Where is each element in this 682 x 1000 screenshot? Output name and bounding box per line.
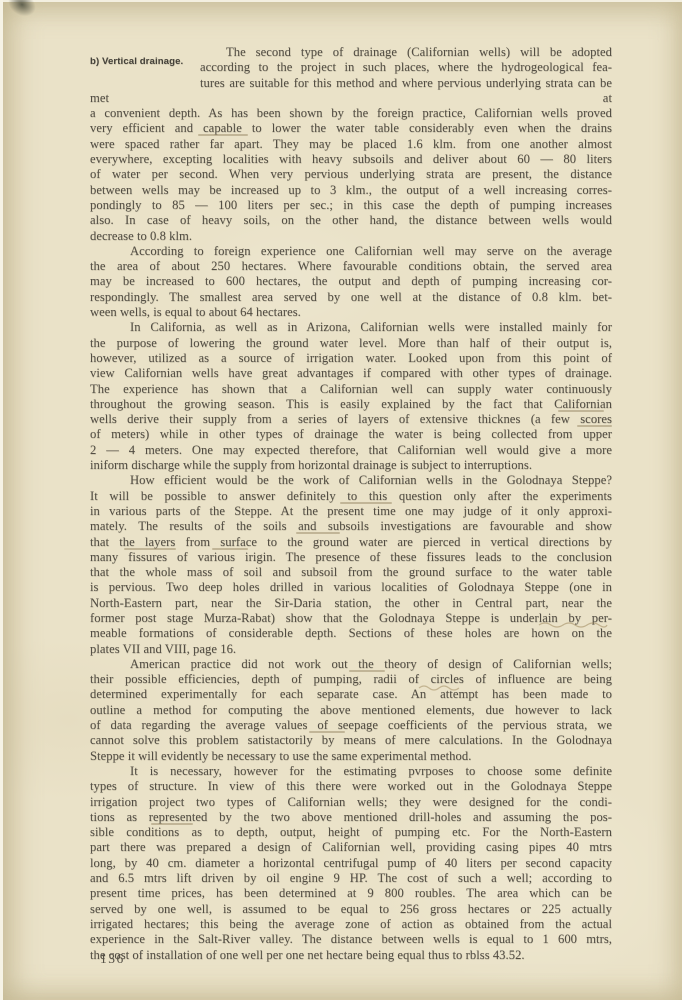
text-line: meable formations of considerable depth.… bbox=[90, 626, 612, 641]
text-line: Steppe it will evidently be necessary to… bbox=[90, 749, 612, 764]
text-line: also. In case of heavy soils, on the oth… bbox=[90, 213, 612, 228]
paragraph: American practice did not work out the t… bbox=[90, 657, 612, 764]
pencil-underline-far-apart bbox=[198, 134, 248, 136]
text-line: the area of about 250 hectares. Where fa… bbox=[90, 259, 612, 274]
margin-note: b) Vertical drainage. bbox=[90, 45, 200, 76]
text-line: and 6.5 mtrs lift driven by oil engine 9… bbox=[90, 871, 612, 886]
pencil-underline-irigin bbox=[212, 548, 248, 550]
text-line: In California, as well as in Arizona, Ca… bbox=[90, 320, 612, 335]
text-line: their possible efficiencies, depth of pu… bbox=[90, 672, 612, 687]
text-line: is pervious. Two deep holes drilled in v… bbox=[90, 580, 612, 595]
text-line: sible conditions as to depth, output, he… bbox=[90, 825, 612, 840]
page-body: b) Vertical drainage.The second type of … bbox=[90, 45, 612, 963]
paragraph: It is necessary, however for the estimat… bbox=[90, 764, 612, 963]
text-line: of meters) while in other types of drain… bbox=[90, 427, 612, 442]
text-line: North-Eastern part, near the Sir-Daria s… bbox=[90, 596, 612, 611]
page-number: 136 bbox=[100, 951, 125, 967]
pencil-underline-pierced bbox=[296, 532, 340, 534]
text-line: many fissures of various irigin. The pre… bbox=[90, 550, 612, 565]
text-line: the purpose of lowering the ground water… bbox=[90, 336, 612, 351]
text-line: respondingly. The smallest area served b… bbox=[90, 290, 612, 305]
pencil-squiggle-case bbox=[418, 683, 460, 691]
text-line: pondingly to 85 — 100 liters per sec.; i… bbox=[90, 198, 612, 213]
text-line: in various parts of the Steppe. At the p… bbox=[90, 504, 612, 519]
text-line: It is necessary, however for the estimat… bbox=[90, 764, 612, 779]
text-line: The experience has shown that a Californ… bbox=[90, 382, 612, 397]
text-line: wells derive their supply from a series … bbox=[90, 412, 612, 427]
text-line: the cost of installation of one well per… bbox=[90, 948, 612, 963]
text-line: irrigation project two types of Californ… bbox=[90, 795, 612, 810]
pencil-underline-mere bbox=[309, 731, 345, 733]
text-line: experience in the Salt-River valley. The… bbox=[90, 932, 612, 947]
text-line: very efficient and capable to lower the … bbox=[90, 121, 612, 136]
paragraph: b) Vertical drainage.The second type of … bbox=[90, 45, 612, 244]
pencil-underline-radii bbox=[349, 670, 385, 672]
text-line: determined experimentally for each separ… bbox=[90, 687, 612, 702]
text-line: part there was prepared a design of Cali… bbox=[90, 840, 612, 855]
text-line: former post stage Murza-Rabat) show that… bbox=[90, 611, 612, 626]
paragraph: According to foreign experience one Cali… bbox=[90, 244, 612, 320]
text-line: however, utilized as a source of irrigat… bbox=[90, 351, 612, 366]
text-line: that the whole mass of soil and subsoil … bbox=[90, 565, 612, 580]
text-line: According to foreign experience one Cali… bbox=[90, 244, 612, 259]
text-line: were spaced rather far apart. They may b… bbox=[90, 137, 612, 152]
text-line: How efficient would be the work of Calif… bbox=[90, 473, 612, 488]
text-line: ween wells, is equal to about 64 hectare… bbox=[90, 305, 612, 320]
text-line: a convenient depth. As has been shown by… bbox=[90, 106, 612, 121]
text-line: mately. The results of the soils and sub… bbox=[90, 519, 612, 534]
text-line: of water per second. When very pervious … bbox=[90, 167, 612, 182]
text-line: may be increased to 600 hectares, the ou… bbox=[90, 274, 612, 289]
text-line: 2 — 4 meters. One may expected therefore… bbox=[90, 443, 612, 458]
text-line: view Californian wells have great advant… bbox=[90, 366, 612, 381]
text-line: tures are suitable for this method and w… bbox=[90, 76, 612, 107]
text-line: between wells may be increased up to 3 k… bbox=[90, 183, 612, 198]
pencil-underline-upper bbox=[577, 425, 612, 427]
scanned-page: b) Vertical drainage.The second type of … bbox=[0, 0, 682, 1000]
text-line: served by one well, is assumed to be equ… bbox=[90, 902, 612, 917]
paragraph: How efficient would be the work of Calif… bbox=[90, 473, 612, 657]
paragraph: In California, as well as in Arizona, Ca… bbox=[90, 320, 612, 473]
pencil-squiggle-hown bbox=[538, 620, 608, 628]
text-line: throughout the growing season. This is e… bbox=[90, 397, 612, 412]
text-line: of data regarding the average values of … bbox=[90, 718, 612, 733]
text-line: everywhere, excepting localities with he… bbox=[90, 152, 612, 167]
scan-corner-smudge bbox=[0, 0, 44, 25]
pencil-underline-one-may bbox=[340, 502, 392, 504]
text-line: outline a method for computing the above… bbox=[90, 703, 612, 718]
text-line: irrigated hectares; this being the avera… bbox=[90, 917, 612, 932]
text-line: decrease to 0.8 klm. bbox=[90, 229, 612, 244]
text-line: long, by 40 cm. diameter a horizontal ce… bbox=[90, 856, 612, 871]
text-line: cannot solve this problem satistactorily… bbox=[90, 733, 612, 748]
pencil-underline-scores bbox=[558, 410, 604, 412]
pencil-underline-fissures bbox=[124, 548, 176, 550]
text-line: plates VII and VIII, page 16. bbox=[90, 642, 612, 657]
text-line: present time prices, has been determined… bbox=[90, 886, 612, 901]
text-line: types of structure. In view of this ther… bbox=[90, 779, 612, 794]
pencil-underline-as-to bbox=[151, 823, 193, 825]
text-line: iniform discharge while the supply from … bbox=[90, 458, 612, 473]
